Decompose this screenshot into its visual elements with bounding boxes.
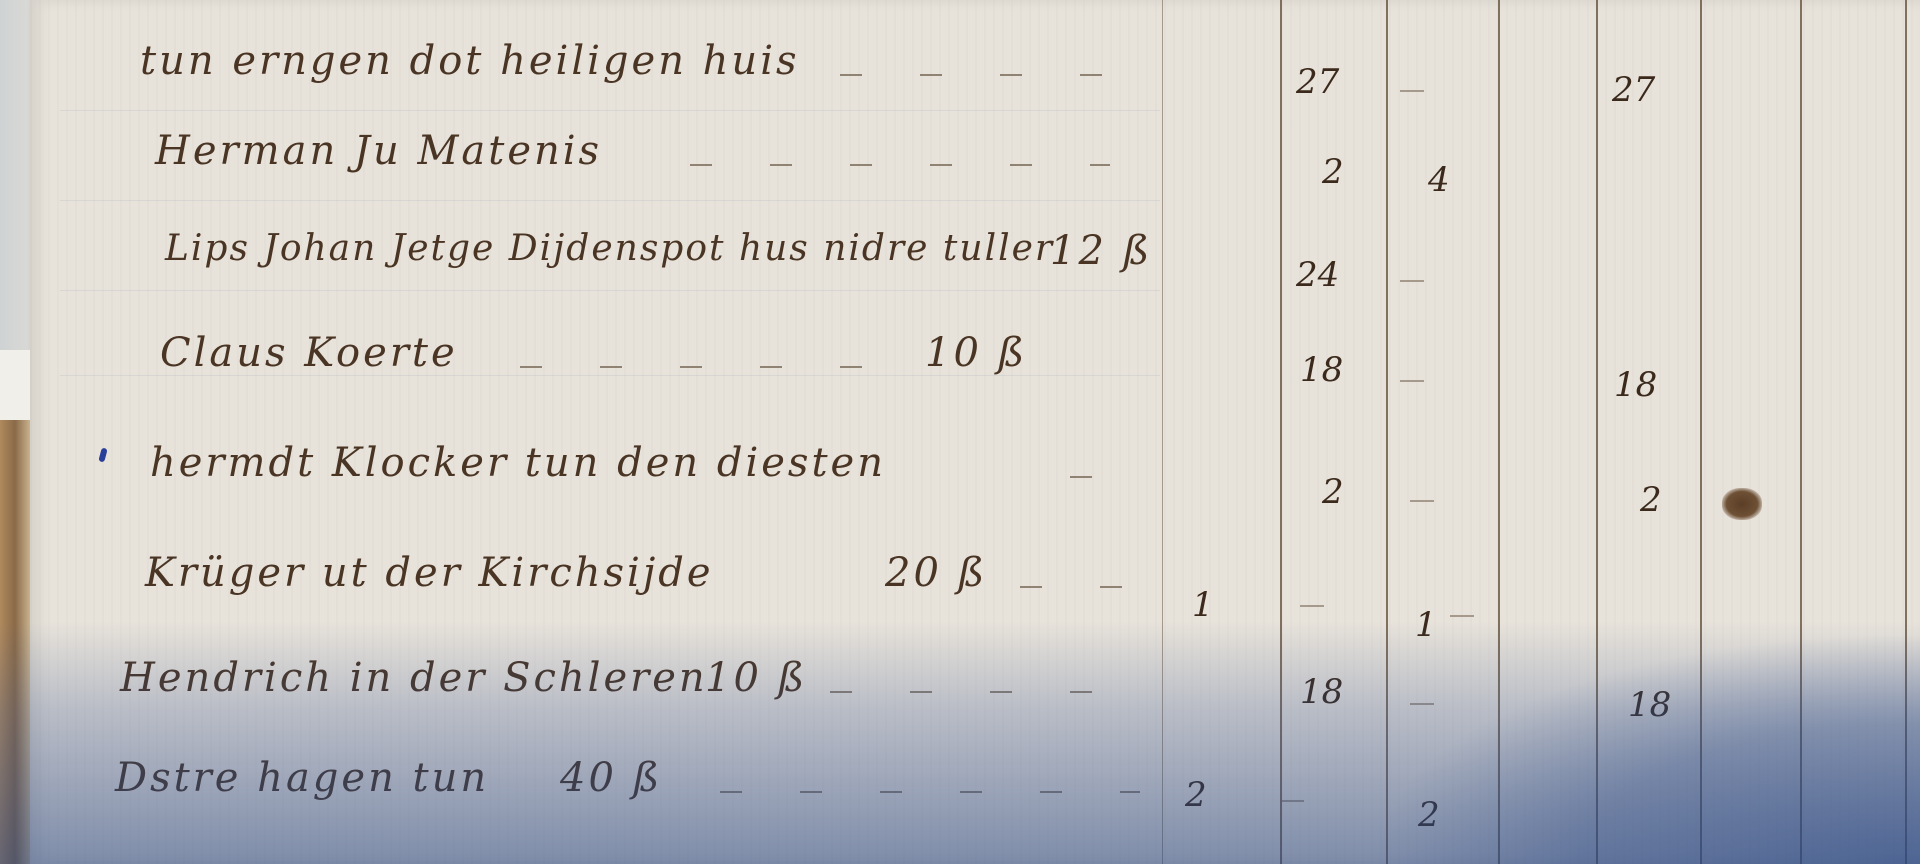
guide-line: [60, 290, 1160, 291]
entry-amount: 20 ß: [885, 550, 987, 596]
entry-text: Lips Johan Jetge Dijdenspot hus nidre tu…: [165, 228, 1054, 269]
column-rule: [1498, 0, 1500, 864]
ledger-entry: Krüger ut der Kirchsijde 20 ß: [0, 550, 1160, 610]
column-dash: [1400, 380, 1424, 382]
column-value: 18: [1628, 685, 1671, 725]
entry-text: Krüger ut der Kirchsijde: [145, 550, 714, 596]
column-rule: [1280, 0, 1282, 864]
leader-dashes: [690, 164, 1110, 166]
column-value: 2: [1322, 152, 1344, 192]
guide-line: [60, 200, 1160, 201]
column-rule: [1386, 0, 1388, 864]
ledger-entry: tun erngen dot heiligen huis: [0, 38, 1160, 98]
leader-dashes: [830, 691, 1150, 693]
column-rule: [1700, 0, 1702, 864]
ink-blot: [1722, 488, 1762, 520]
column-value: 18: [1614, 365, 1657, 405]
ledger-entry: Claus Koerte 10 ß: [0, 330, 1160, 390]
guide-line: [60, 110, 1160, 111]
column-value: 2: [1322, 472, 1344, 512]
column-value: 27: [1296, 62, 1339, 102]
leader-dashes: [1070, 476, 1150, 478]
column-value: 18: [1300, 672, 1343, 712]
ledger-entry: Dstre hagen tun 40 ß: [0, 755, 1160, 815]
column-rule: [1800, 0, 1802, 864]
column-rule: [1905, 0, 1907, 864]
leader-dashes: [1020, 586, 1140, 588]
entry-amount: 10 ß: [925, 330, 1027, 376]
column-dash: [1280, 800, 1304, 802]
entry-text: tun erngen dot heiligen huis: [140, 38, 800, 84]
column-value: 1: [1415, 605, 1437, 645]
column-value: 18: [1300, 350, 1343, 390]
ledger-entry: Lips Johan Jetge Dijdenspot hus nidre tu…: [0, 228, 1160, 288]
column-value: 4: [1428, 160, 1450, 200]
column-value: 24: [1296, 255, 1339, 295]
entry-text: Hendrich in der Schleren: [120, 655, 708, 701]
column-dash: [1450, 615, 1474, 617]
entry-amount: 40 ß: [560, 755, 662, 801]
column-value: 2: [1640, 480, 1662, 520]
column-value: 2: [1185, 775, 1207, 815]
leader-dashes: [520, 366, 900, 368]
column-rule: [1596, 0, 1598, 864]
column-dash: [1410, 500, 1434, 502]
ledger-entry: Hendrich in der Schleren 10 ß: [0, 655, 1160, 715]
column-dash: [1400, 90, 1424, 92]
entry-text: Claus Koerte: [160, 330, 458, 376]
column-dash: [1300, 605, 1324, 607]
leader-dashes: [720, 791, 1140, 793]
entry-amount: 10 ß: [705, 655, 807, 701]
column-value: 2: [1418, 795, 1440, 835]
column-dash: [1400, 280, 1424, 282]
entry-text: hermdt Klocker tun den diesten: [150, 440, 886, 486]
ledger-entry: hermdt Klocker tun den diesten: [0, 440, 1160, 500]
column-rule: [1162, 0, 1163, 864]
column-dash: [1410, 703, 1434, 705]
column-value: 27: [1612, 70, 1655, 110]
entry-text: Dstre hagen tun: [115, 755, 489, 801]
entry-amount: 12 ß: [1050, 228, 1152, 274]
column-value: 1: [1192, 585, 1214, 625]
ledger-entry: Herman Ju Matenis: [0, 128, 1160, 188]
entry-text: Herman Ju Matenis: [155, 128, 602, 174]
leader-dashes: [840, 74, 1140, 76]
